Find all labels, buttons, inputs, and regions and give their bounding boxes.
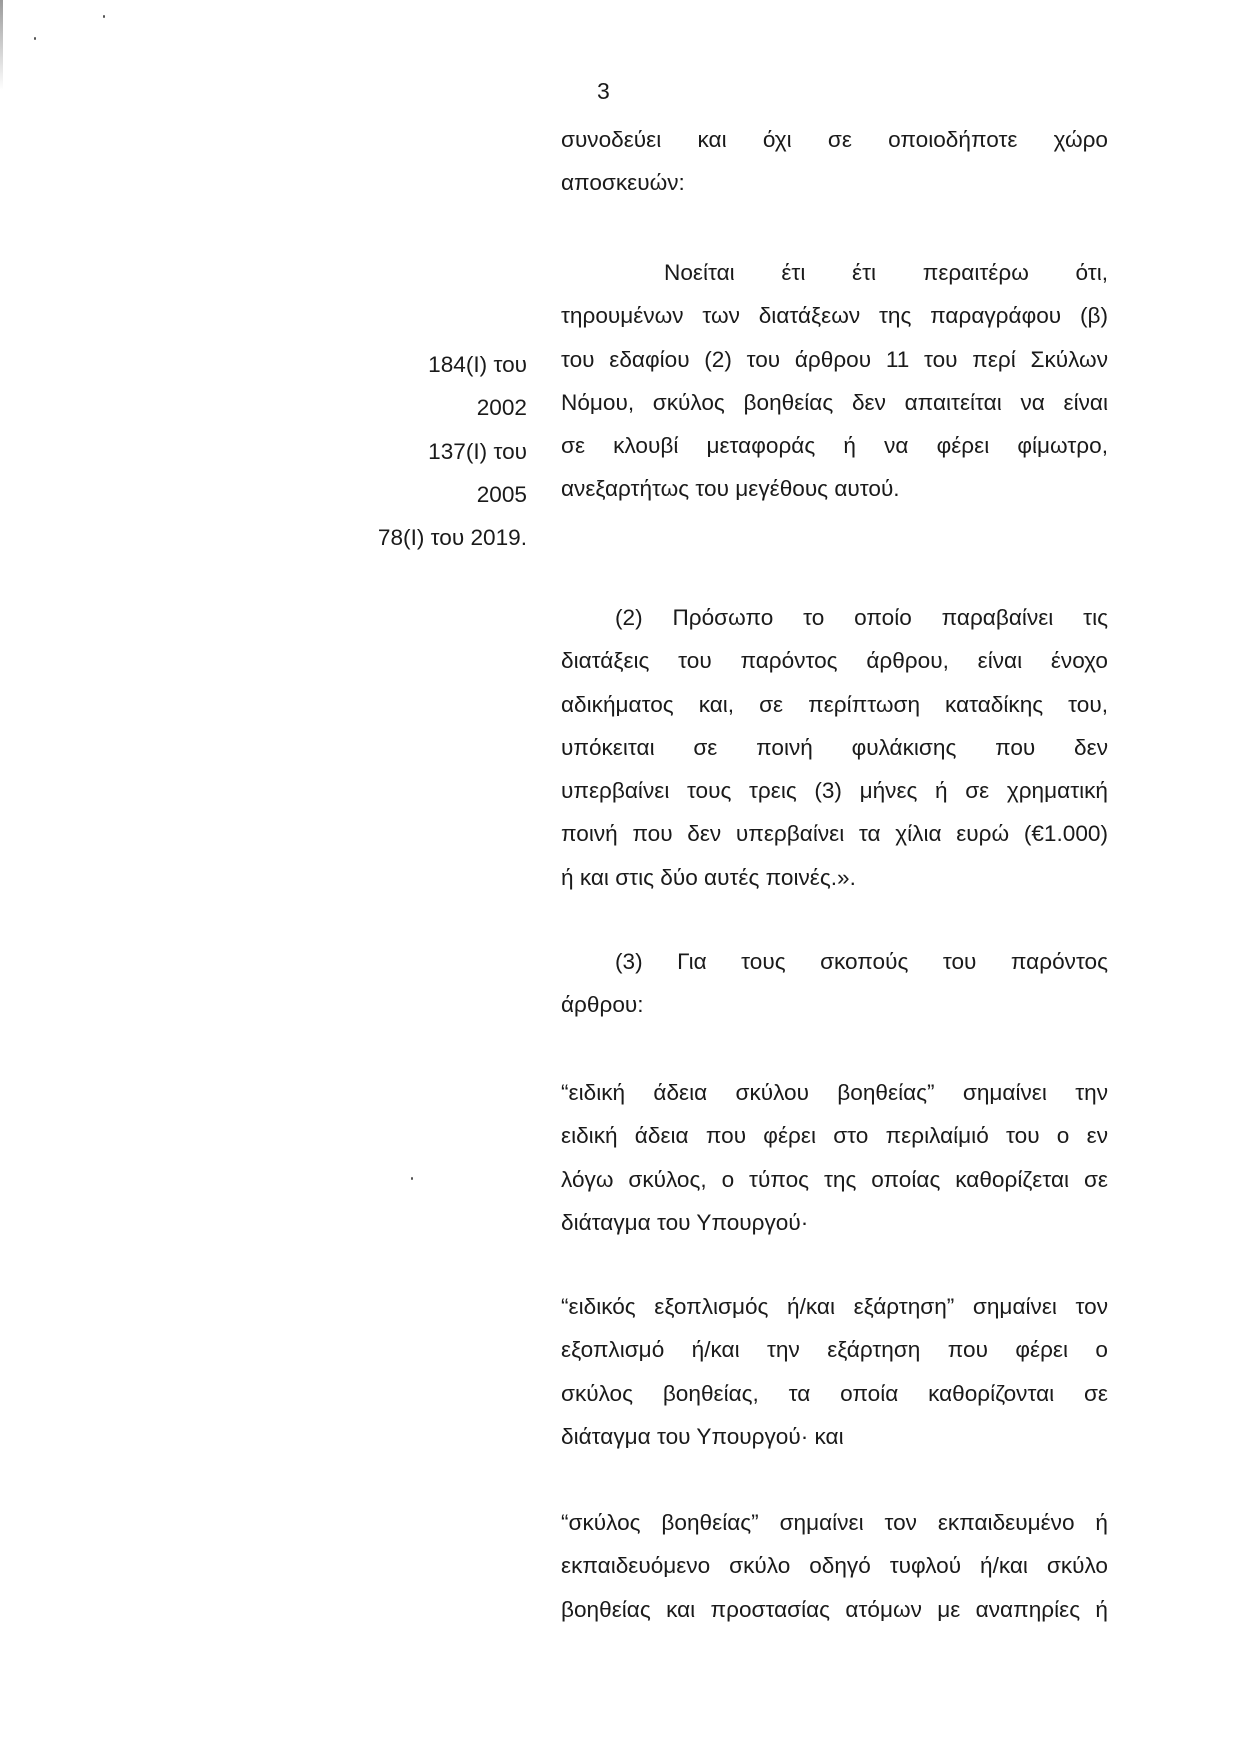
margin-note: 184(I) του bbox=[378, 343, 527, 386]
proviso-paragraph: Νοείται έτι έτι περαιτέρω ότι, τηρουμένω… bbox=[561, 251, 1108, 511]
margin-note: 78(I) του 2019. bbox=[378, 516, 527, 559]
scan-speck bbox=[411, 1177, 413, 1180]
text-line: σε κλουβί μεταφοράς ή να φέρει φίμωτρο, bbox=[561, 424, 1108, 467]
margin-note: 137(I) του bbox=[378, 430, 527, 473]
text-line: τηρουμένων των διατάξεων της παραγράφου … bbox=[561, 294, 1108, 337]
text-line: λόγω σκύλος, ο τύπος της οποίας καθορίζε… bbox=[561, 1158, 1108, 1201]
text-line: (2) Πρόσωπο το οποίο παραβαίνει τις bbox=[561, 596, 1108, 639]
text-line: “σκύλος βοηθείας” σημαίνει τον εκπαιδευμ… bbox=[561, 1501, 1108, 1544]
text-line: Νόμου, σκύλος βοηθείας δεν απαιτείται να… bbox=[561, 381, 1108, 424]
scan-speck bbox=[103, 15, 105, 18]
scan-speck bbox=[34, 37, 36, 40]
margin-notes: 184(I) του 2002 137(I) του 2005 78(I) το… bbox=[378, 343, 527, 559]
text-line: “ειδική άδεια σκύλου βοηθείας” σημαίνει … bbox=[561, 1071, 1108, 1114]
text-line: διατάξεις του παρόντος άρθρου, είναι ένο… bbox=[561, 639, 1108, 682]
definition-license: “ειδική άδεια σκύλου βοηθείας” σημαίνει … bbox=[561, 1071, 1108, 1244]
margin-note: 2005 bbox=[378, 473, 527, 516]
text-line: “ειδικός εξοπλισμός ή/και εξάρτηση” σημα… bbox=[561, 1285, 1108, 1328]
text-line: διάταγμα του Υπουργού· και bbox=[561, 1415, 1108, 1458]
definition-equipment: “ειδικός εξοπλισμός ή/και εξάρτηση” σημα… bbox=[561, 1285, 1108, 1458]
text-line: υπόκειται σε ποινή φυλάκισης που δεν bbox=[561, 726, 1108, 769]
text-line: αποσκευών: bbox=[561, 161, 1108, 204]
text-line: εκπαιδευόμενο σκύλο οδηγό τυφλού ή/και σ… bbox=[561, 1544, 1108, 1587]
text-line: αδικήματος και, σε περίπτωση καταδίκης τ… bbox=[561, 683, 1108, 726]
text-line: Νοείται έτι έτι περαιτέρω ότι, bbox=[561, 251, 1108, 294]
text-line: ανεξαρτήτως του μεγέθους αυτού. bbox=[561, 467, 1108, 510]
subsection-2-paragraph: (2) Πρόσωπο το οποίο παραβαίνει τις διατ… bbox=[561, 596, 1108, 899]
continuation-paragraph: συνοδεύει και όχι σε οποιοδήποτε χώρο απ… bbox=[561, 118, 1108, 205]
text-line: του εδαφίου (2) του άρθρου 11 του περί Σ… bbox=[561, 338, 1108, 381]
text-line: (3) Για τους σκοπούς του παρόντος bbox=[561, 940, 1108, 983]
definition-assistance-dog: “σκύλος βοηθείας” σημαίνει τον εκπαιδευμ… bbox=[561, 1501, 1108, 1631]
text-line: σκύλος βοηθείας, τα οποία καθορίζονται σ… bbox=[561, 1372, 1108, 1415]
page-number: 3 bbox=[597, 78, 610, 105]
subsection-3-paragraph: (3) Για τους σκοπούς του παρόντος άρθρου… bbox=[561, 940, 1108, 1027]
text-line: ειδική άδεια που φέρει στο περιλαίμιό το… bbox=[561, 1114, 1108, 1157]
text-line: βοηθείας και προστασίας ατόμων με αναπηρ… bbox=[561, 1588, 1108, 1631]
text-line: υπερβαίνει τους τρεις (3) μήνες ή σε χρη… bbox=[561, 769, 1108, 812]
text-line: ποινή που δεν υπερβαίνει τα χίλια ευρώ (… bbox=[561, 812, 1108, 855]
text-line: εξοπλισμό ή/και την εξάρτηση που φέρει ο bbox=[561, 1328, 1108, 1371]
text-line: άρθρου: bbox=[561, 983, 1108, 1026]
text-line: συνοδεύει και όχι σε οποιοδήποτε χώρο bbox=[561, 118, 1108, 161]
scan-edge-shadow bbox=[0, 0, 3, 90]
text-line: διάταγμα του Υπουργού· bbox=[561, 1201, 1108, 1244]
text-line: ή και στις δύο αυτές ποινές.». bbox=[561, 856, 1108, 899]
margin-note: 2002 bbox=[378, 386, 527, 429]
